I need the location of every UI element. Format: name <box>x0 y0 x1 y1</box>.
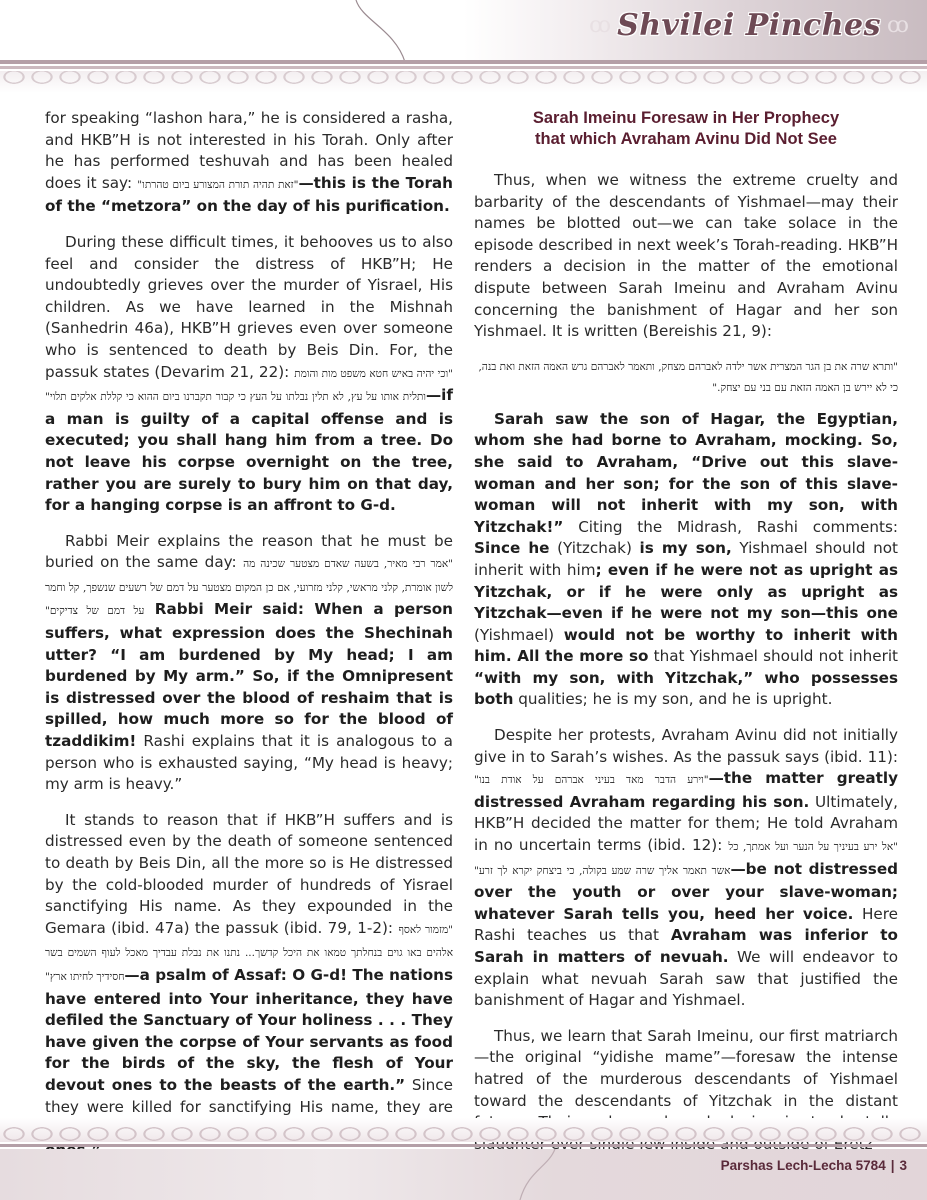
section-heading-line: Sarah Imeinu Foresaw in Her Prophecy <box>474 108 898 129</box>
paragraph: Despite her protests, Avraham Avinu did … <box>474 725 898 1012</box>
body-text: Citing the Midrash, Rashi comments: <box>563 518 898 536</box>
page-number: 3 <box>899 1158 907 1173</box>
body-text: that Yishmael should not inherit <box>648 647 898 665</box>
bold-term: is my son, <box>640 539 732 557</box>
paragraph: During these difficult times, it behoove… <box>45 232 453 517</box>
section-heading: Sarah Imeinu Foresaw in Her Prophecy tha… <box>474 108 898 150</box>
body-text: During these difficult times, it behoove… <box>45 233 453 381</box>
hebrew-quote: "זאת תהיה תורת המצורע ביום טהרתו" <box>137 179 298 191</box>
swirl-ornament-icon: ꝏ <box>887 13 909 38</box>
paragraph: Thus, when we witness the extreme cruelt… <box>474 170 898 343</box>
header-title-group: ꝏ Shvilei Pinches ꝏ <box>589 8 909 43</box>
body-text: qualities; he is my son, and he is uprig… <box>513 690 832 708</box>
body-text: (Yitzchak) <box>549 539 639 557</box>
parsha-label: Parshas Lech-Lecha 5784 <box>721 1158 886 1173</box>
footer-page-info: Parshas Lech-Lecha 5784|3 <box>721 1158 907 1173</box>
publication-title: Shvilei Pinches <box>617 8 881 43</box>
bold-term: Since he <box>474 539 549 557</box>
bold-translation: Rabbi Meir said: When a person suffers, … <box>45 600 453 750</box>
paragraph: It stands to reason that if HKB”H suffer… <box>45 810 453 1162</box>
footer-rule <box>0 1144 927 1147</box>
paragraph: for speaking “lashon hara,” he is consid… <box>45 108 453 218</box>
body-text: It stands to reason that if HKB”H suffer… <box>45 811 453 937</box>
body-text: Thus, when we witness the extreme cruelt… <box>474 171 898 340</box>
body-text: (Yishmael) <box>474 626 564 644</box>
header-scroll-ornament <box>0 71 927 93</box>
footer-curve-decoration <box>0 1149 927 1200</box>
paragraph: Rabbi Meir explains the reason that he m… <box>45 531 453 796</box>
bold-translation: —a psalm of Assaf: O G-d! The nations ha… <box>45 966 453 1094</box>
paragraph: Sarah saw the son of Hagar, the Egyptian… <box>474 409 898 711</box>
hebrew-verse-block: "ותרא שרה את בן הגר המצרית אשר ילדה לאבר… <box>474 357 898 399</box>
section-heading-line: that which Avraham Avinu Did Not See <box>474 129 898 150</box>
header-rule-secondary <box>0 66 927 69</box>
header-rule <box>0 60 927 64</box>
page-header: ꝏ Shvilei Pinches ꝏ <box>0 0 927 100</box>
left-column: for speaking “lashon hara,” he is consid… <box>45 108 453 1175</box>
footer-separator: | <box>891 1158 895 1173</box>
hebrew-quote: "וירע הדבר מאד בעיני אברהם על אודת בנו" <box>474 774 709 786</box>
body-text: Despite her protests, Avraham Avinu did … <box>474 726 898 766</box>
footer-scroll-ornament <box>0 1118 927 1142</box>
right-column: Sarah Imeinu Foresaw in Her Prophecy tha… <box>474 108 898 1169</box>
bold-translation: —if a man is guilty of a capital offense… <box>45 386 453 514</box>
swirl-ornament-icon: ꝏ <box>589 13 611 38</box>
page-footer: Parshas Lech-Lecha 5784|3 <box>0 1118 927 1200</box>
